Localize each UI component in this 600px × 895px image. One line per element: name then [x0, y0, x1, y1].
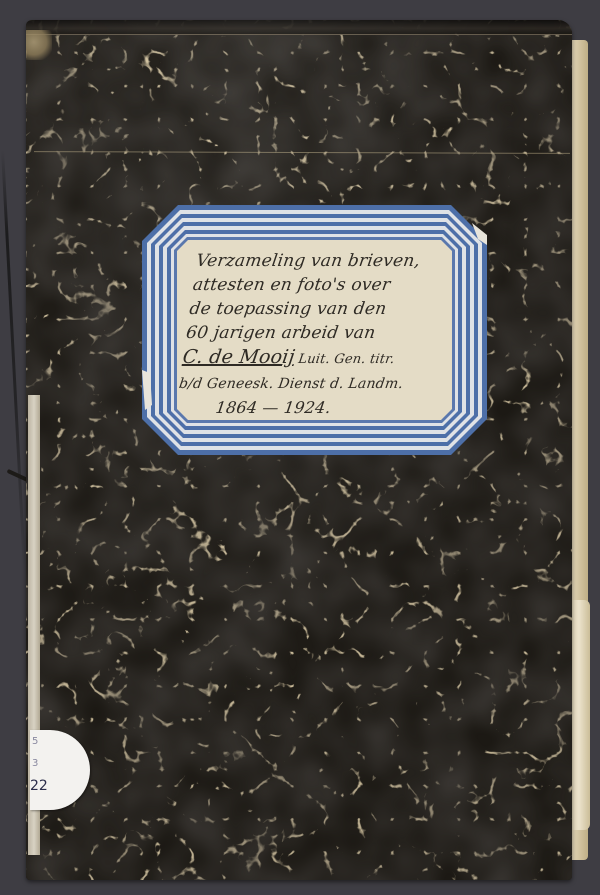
sticker-number: 22 — [30, 778, 48, 794]
label-line-4: 60 jarigen arbeid van — [185, 321, 458, 345]
sticker-mark-2: 3 — [32, 758, 38, 769]
author-name: C. de Mooij — [181, 346, 296, 368]
author-rank: Luit. Gen. titr. — [297, 352, 395, 367]
label-line-1: Verzameling van brieven, — [195, 249, 468, 273]
label-line-3: de toepassing van den — [188, 297, 461, 321]
document-photo: Verzameling van brieven, attesten en fot… — [0, 0, 600, 895]
top-binding-edge — [26, 20, 572, 35]
label-service: b/d Geneesk. Dienst d. Landm. — [177, 372, 450, 396]
worn-corner — [26, 30, 52, 60]
sticker-mark-1: 5 — [32, 736, 38, 747]
title-label: Verzameling van brieven, attesten en fot… — [142, 205, 487, 455]
binding-thread — [1, 150, 26, 570]
label-line-5: C. de MooijLuit. Gen. titr. — [181, 345, 455, 372]
handwritten-title: Verzameling van brieven, attesten en fot… — [174, 249, 468, 420]
label-years: 1864 — 1924. — [174, 396, 447, 420]
label-line-2: attesten en foto's over — [191, 273, 464, 297]
